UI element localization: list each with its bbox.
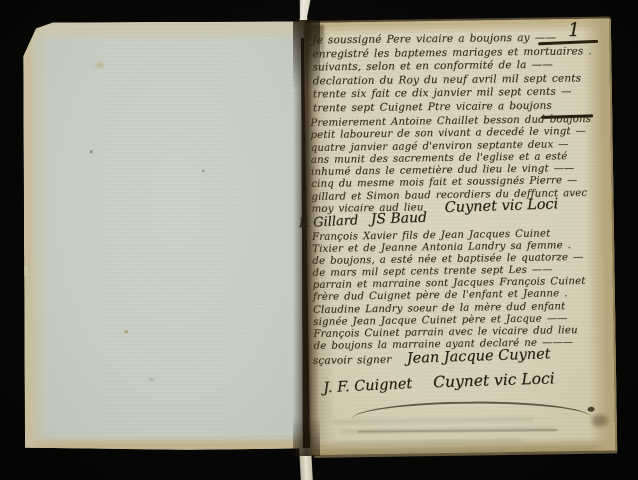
paper-speck <box>202 170 205 172</box>
preamble-paragraph: Je soussigné Pere vicaire a boujons ay —… <box>312 31 607 116</box>
signature-jean-jacque-cuynet: Jean Jacque Cuynet <box>407 346 551 367</box>
signature-witness-gillard: P. Gillard <box>298 213 358 231</box>
signature-godfather-cuignet: J. F. Cuignet <box>323 376 413 396</box>
paper-speck <box>149 378 155 381</box>
baptism-entry-paragraph: François Xavier fils de Jean Jacques Cui… <box>312 228 612 353</box>
ink-bleedthrough <box>340 426 555 434</box>
signature-flourish <box>352 401 592 419</box>
ink-stain <box>592 415 608 427</box>
paper-stain <box>95 62 104 68</box>
left-blank-page <box>23 21 303 450</box>
signature-vicar-final: Cuynet vic Loci <box>433 369 555 391</box>
paper-speck <box>90 150 93 153</box>
signature-witness-baud: JS Baud <box>370 210 427 228</box>
paper-speck <box>124 330 128 333</box>
folded-corner <box>23 28 47 74</box>
right-manuscript-page: 1 Je soussigné Pere vicaire a boujons ay… <box>304 18 617 455</box>
ink-bleedthrough <box>332 438 522 446</box>
paper-notch <box>22 266 27 277</box>
manuscript-scan: 1 Je soussigné Pere vicaire a boujons ay… <box>0 0 638 480</box>
ink-bleedthrough <box>344 448 509 455</box>
signature-vicar: Cuynet vic Loci <box>444 196 558 216</box>
declaration-text: sçavoir signer <box>313 354 392 367</box>
ink-blot <box>588 407 595 412</box>
